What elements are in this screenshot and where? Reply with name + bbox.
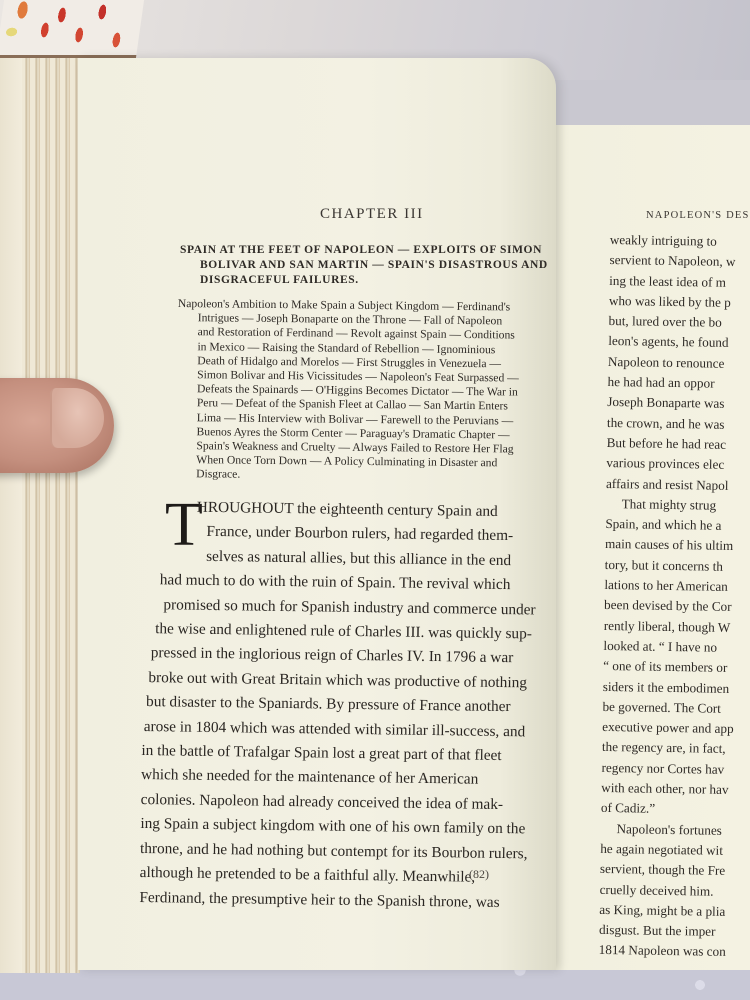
text-line: That mighty strug <box>606 494 750 517</box>
text-line: servient to Napoleon, w <box>609 250 750 273</box>
heading-line: BOLIVAR AND SAN MARTIN — SPAIN'S DISASTR… <box>180 258 550 273</box>
body-text: HROUGHOUT the eighteenth century Spain a… <box>139 495 545 915</box>
text-line: siders it the embodimen <box>603 676 750 699</box>
text-line: affairs and resist Napol <box>606 474 750 497</box>
page-number: (82) <box>469 867 489 882</box>
text-line: been devised by the Cor <box>604 595 750 618</box>
text-line: But before he had reac <box>606 433 750 456</box>
text-line: servient, though the Fre <box>600 859 750 882</box>
text-line: he had had an oppor <box>607 372 750 395</box>
text-line: weakly intriguing to <box>610 230 750 253</box>
chapter-title: CHAPTER III <box>320 206 424 223</box>
chapter-heading: SPAIN AT THE FEET OF NAPOLEON — EXPLOITS… <box>180 243 550 288</box>
chapter-summary: Napoleon's Ambition to Make Spain a Subj… <box>176 297 548 486</box>
floral-cloth <box>0 0 144 58</box>
right-page-text: weakly intriguing to servient to Napoleo… <box>599 230 750 963</box>
text-line: Napoleon's fortunes <box>600 819 750 842</box>
text-line: various provinces elec <box>606 453 750 476</box>
text-line: leon's agents, he found <box>608 331 750 354</box>
text-line: 1814 Napoleon was con <box>599 940 749 963</box>
text-line: as King, might be a plia <box>599 900 749 923</box>
text-line: ing the least idea of m <box>609 271 750 294</box>
book-cover-edge <box>0 58 22 973</box>
text-line: Napoleon to renounce <box>608 352 750 375</box>
text-line: but, lured over the bo <box>608 311 750 334</box>
text-line: with each other, nor hav <box>601 778 750 801</box>
text-line: regency nor Cortes hav <box>601 758 750 781</box>
text-line: Joseph Bonaparte was <box>607 392 750 415</box>
text-line: be governed. The Cort <box>602 697 750 720</box>
text-line: who was liked by the p <box>609 291 750 314</box>
text-line: cruelly deceived him. <box>599 879 749 902</box>
heading-line: DISGRACEFUL FAILURES. <box>180 273 550 288</box>
text-line: the regency are, in fact, <box>602 737 750 760</box>
text-line: rently liberal, though W <box>604 616 750 639</box>
right-page-content: NAPOLEON'S DES weakly intriguing to serv… <box>548 125 750 970</box>
text-line: Spain, and which he a <box>605 514 750 537</box>
text-line: main causes of his ultim <box>605 534 750 557</box>
running-head: NAPOLEON'S DES <box>646 210 750 221</box>
heading-line: SPAIN AT THE FEET OF NAPOLEON — EXPLOITS… <box>180 244 542 256</box>
text-line: disgust. But the imper <box>599 920 749 943</box>
text-line: the crown, and he was <box>607 413 750 436</box>
text-line: lations to her American <box>604 575 750 598</box>
text-line: tory, but it concerns th <box>605 555 750 578</box>
text-line: of Cadiz.” <box>601 798 750 821</box>
text-line: executive power and app <box>602 717 750 740</box>
text-line: “ one of its members or <box>603 656 750 679</box>
text-line: he again negotiated wit <box>600 839 750 862</box>
thumb-holding-book <box>0 378 114 473</box>
thumbnail <box>50 388 104 448</box>
text-line: looked at. “ I have no <box>603 636 750 659</box>
